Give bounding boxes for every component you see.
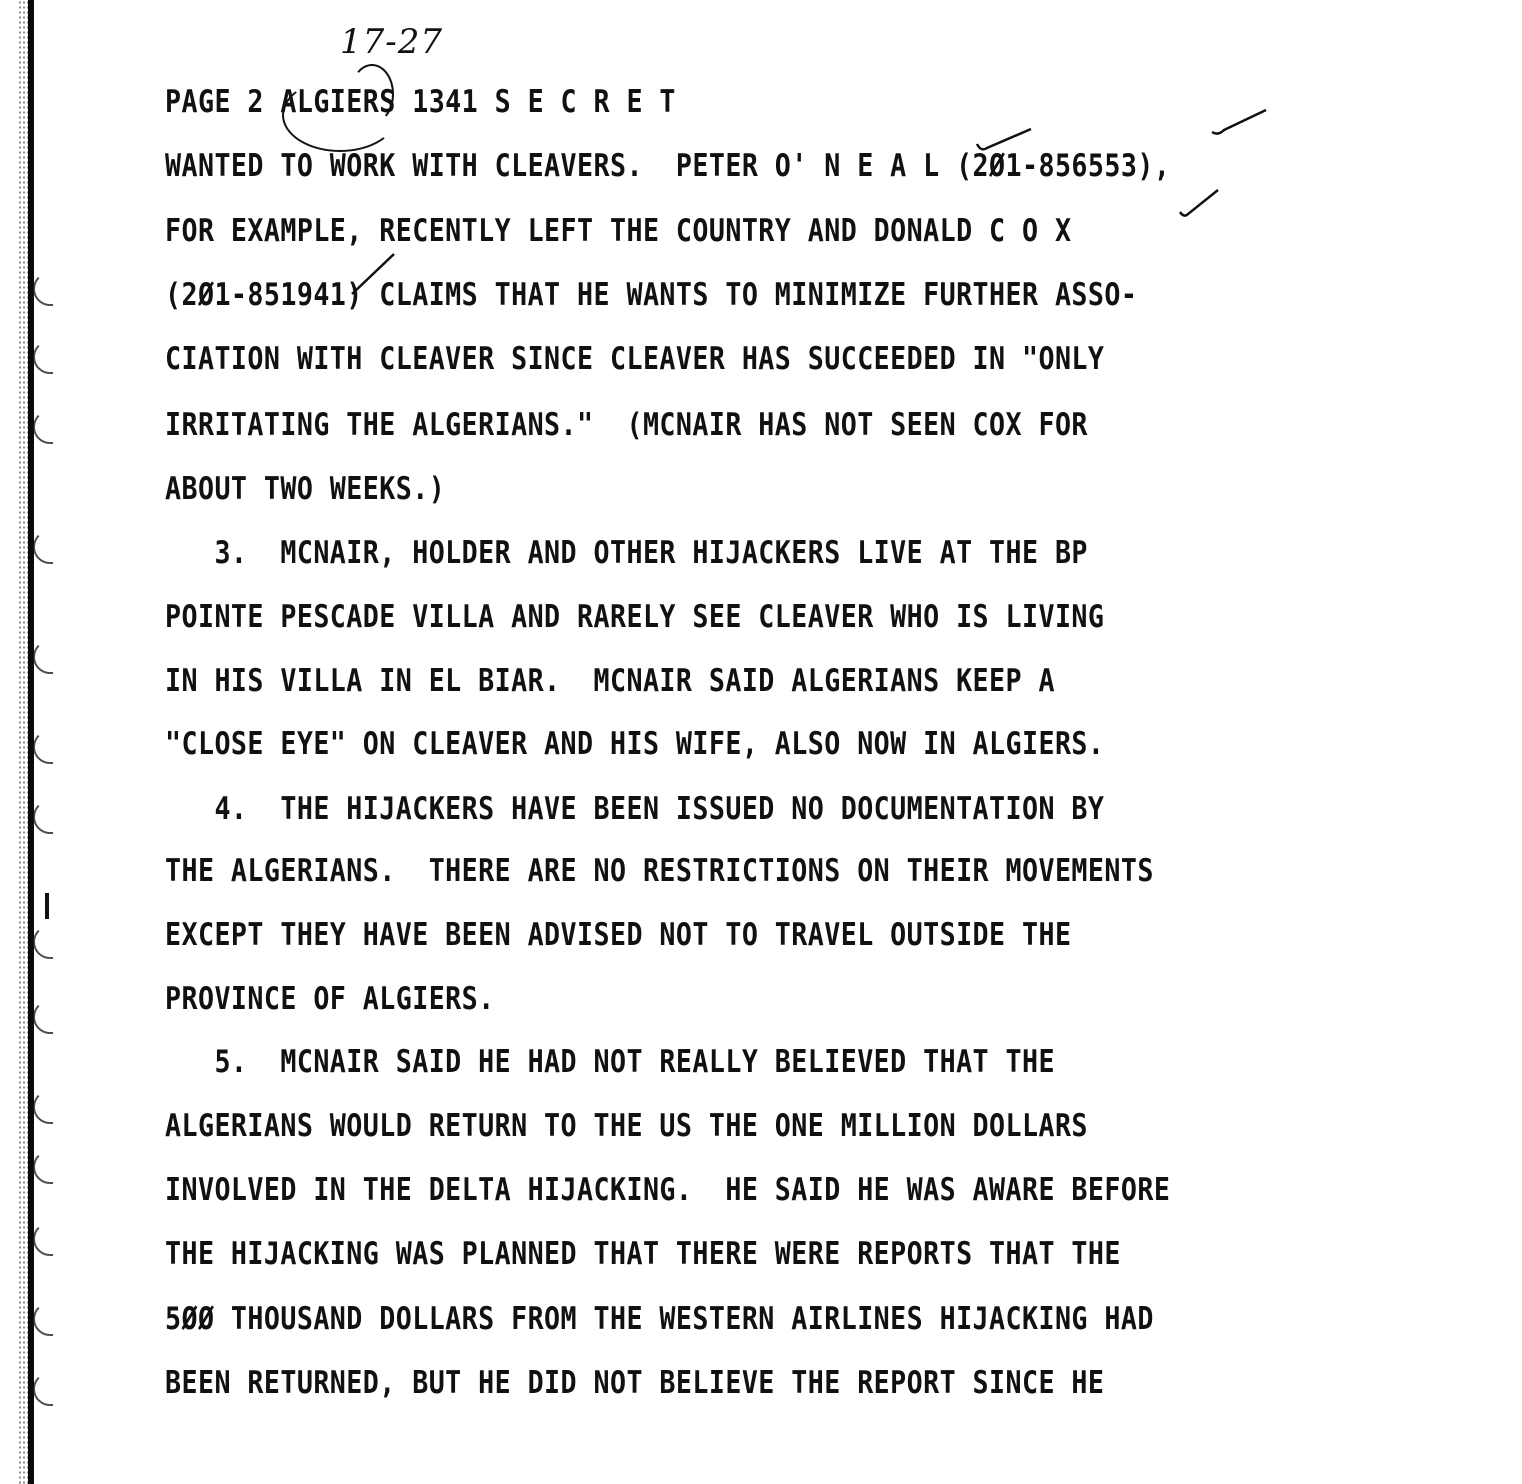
binder-hole-mark	[33, 340, 53, 374]
binder-hole-mark	[33, 410, 53, 444]
text-line: IRRITATING THE ALGERIANS." (MCNAIR HAS N…	[165, 405, 1088, 445]
text-line: THE ALGERIANS. THERE ARE NO RESTRICTIONS…	[165, 851, 1154, 891]
binder-hole-mark	[33, 1000, 53, 1034]
handwritten-page-reference: 17-27	[340, 22, 443, 62]
text-line: FOR EXAMPLE, RECENTLY LEFT THE COUNTRY A…	[165, 211, 1071, 251]
binder-hole-mark	[33, 800, 53, 834]
paragraph-4-line: 4. THE HIJACKERS HAVE BEEN ISSUED NO DOC…	[165, 789, 1104, 829]
binder-hole-mark	[33, 1302, 53, 1336]
text-line: THE HIJACKING WAS PLANNED THAT THERE WER…	[165, 1234, 1121, 1274]
header-line: PAGE 2 ALGIERS 1341 S E C R E T	[165, 82, 676, 122]
binder-hole-mark	[33, 1222, 53, 1256]
paragraph-3-line: 3. MCNAIR, HOLDER AND OTHER HIJACKERS LI…	[165, 533, 1088, 573]
scan-edge-speckle	[18, 0, 28, 1484]
text-line: (2Ø1-851941) CLAIMS THAT HE WANTS TO MIN…	[165, 275, 1137, 315]
text-line: EXCEPT THEY HAVE BEEN ADVISED NOT TO TRA…	[165, 915, 1071, 955]
text-line: PROVINCE OF ALGIERS.	[165, 979, 495, 1019]
text-line: BEEN RETURNED, BUT HE DID NOT BELIEVE TH…	[165, 1363, 1104, 1403]
paragraph-5-line: 5. MCNAIR SAID HE HAD NOT REALLY BELIEVE…	[165, 1042, 1055, 1082]
text-line: IN HIS VILLA IN EL BIAR. MCNAIR SAID ALG…	[165, 661, 1055, 701]
text-line: "CLOSE EYE" ON CLEAVER AND HIS WIFE, ALS…	[165, 724, 1104, 764]
text-line: ABOUT TWO WEEKS.)	[165, 469, 445, 509]
text-line: POINTE PESCADE VILLA AND RARELY SEE CLEA…	[165, 597, 1104, 637]
binder-hole-mark	[33, 925, 53, 959]
binder-hole-mark	[33, 640, 53, 674]
binder-hole-mark	[33, 530, 53, 564]
binder-hole-mark	[33, 730, 53, 764]
binder-hole-mark	[33, 1372, 53, 1406]
text-line: CIATION WITH CLEAVER SINCE CLEAVER HAS S…	[165, 339, 1104, 379]
text-line: WANTED TO WORK WITH CLEAVERS. PETER O' N…	[165, 146, 1170, 186]
text-line: INVOLVED IN THE DELTA HIJACKING. HE SAID…	[165, 1170, 1170, 1210]
handwritten-checkmark-icon	[1178, 188, 1222, 220]
margin-mark	[45, 893, 49, 919]
binder-hole-mark	[33, 272, 53, 306]
binder-hole-mark	[33, 1090, 53, 1124]
handwritten-checkmark-icon	[1210, 108, 1270, 138]
binder-hole-mark	[33, 1150, 53, 1184]
text-line: 5ØØ THOUSAND DOLLARS FROM THE WESTERN AI…	[165, 1299, 1154, 1339]
text-line: ALGERIANS WOULD RETURN TO THE US THE ONE…	[165, 1106, 1088, 1146]
